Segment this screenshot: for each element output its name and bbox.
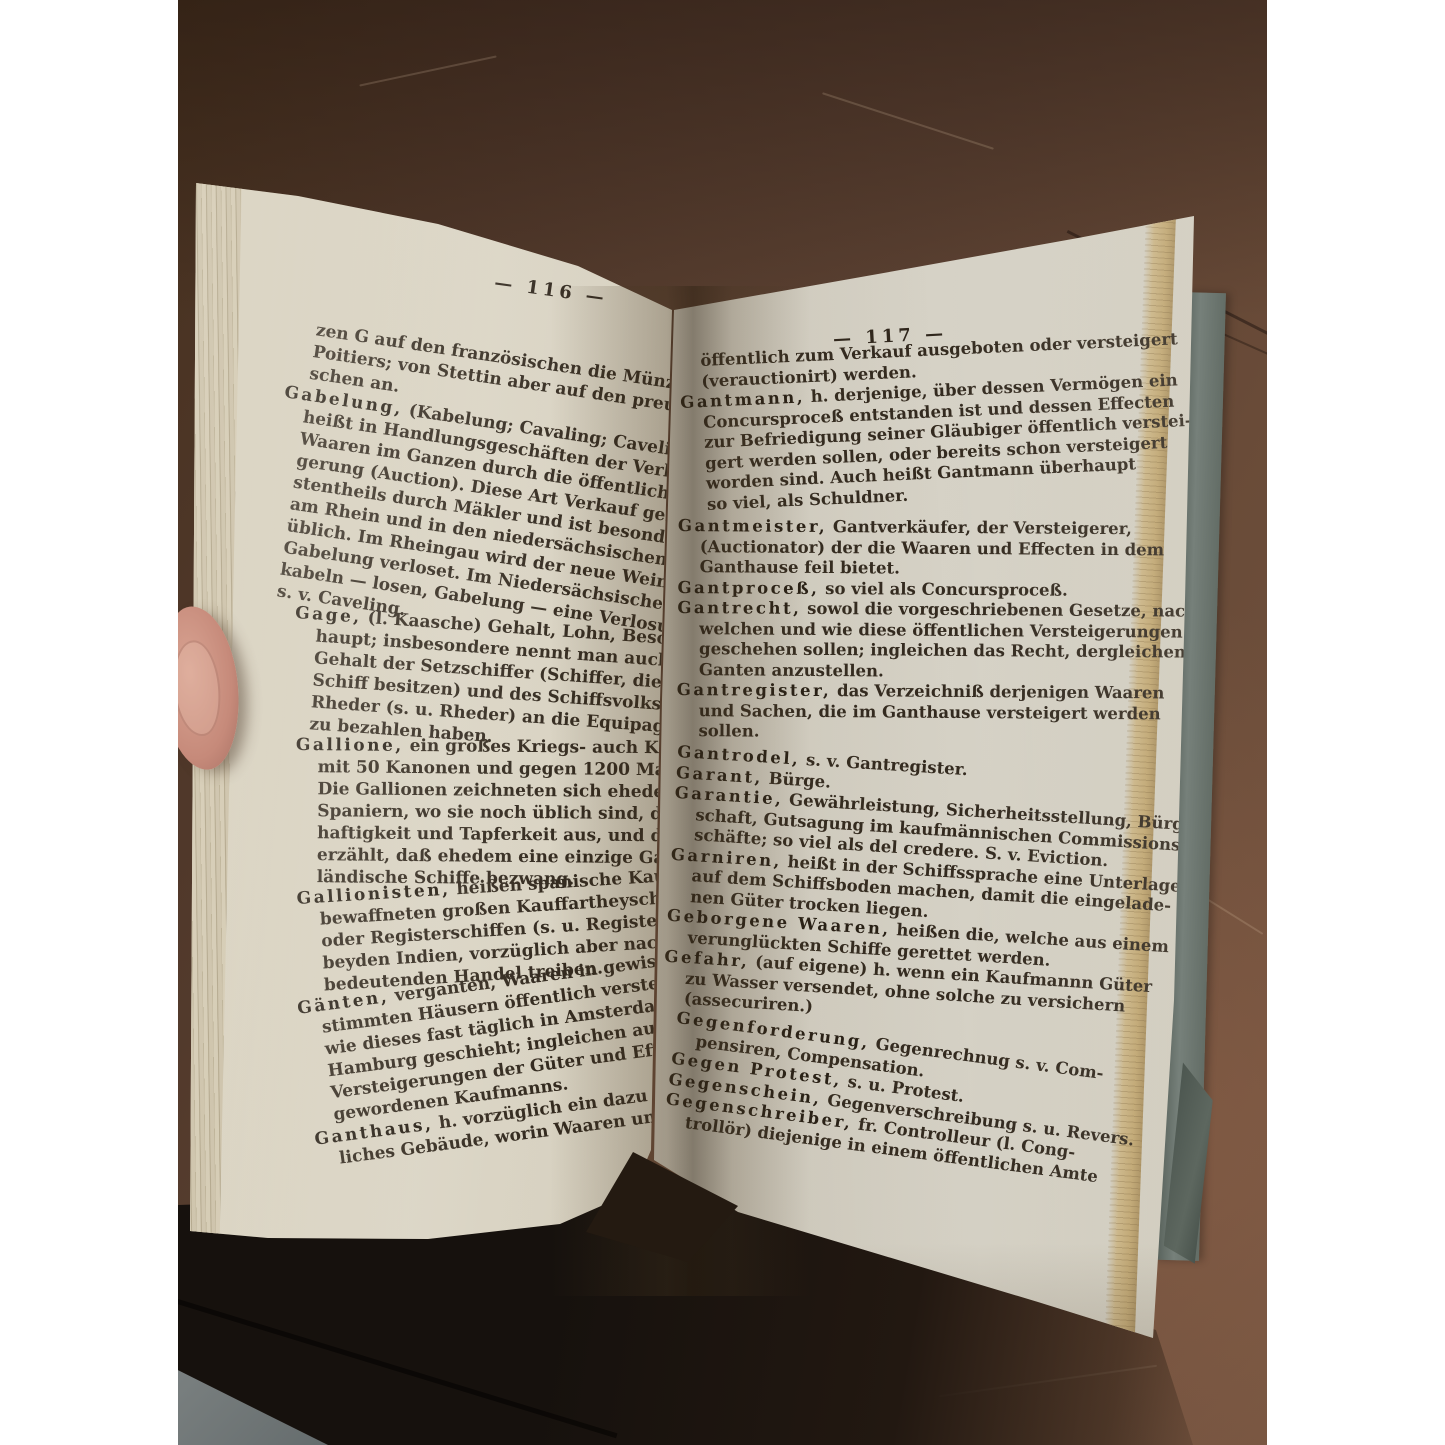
wood-table: — 117 — öffentlich zum Verkauf ausgebote… — [178, 0, 1267, 1445]
left-page-text: zen G auf den französischen die Münzstät… — [296, 316, 696, 1174]
white-bar-right — [1267, 0, 1445, 1445]
right-page-text: öffentlich zum Verkauf ausgeboten oder v… — [678, 352, 1223, 1131]
text-group: Gantrodel, s. v. Gantregister.Garant, Bü… — [661, 742, 1222, 1042]
photo-stage: — 117 — öffentlich zum Verkauf ausgebote… — [0, 0, 1445, 1445]
entry-headword: Gantproceß, — [677, 577, 819, 597]
entry-headword: Gage, — [295, 603, 363, 628]
wood-scratch — [822, 92, 994, 150]
entry-headword: Gantrecht, — [677, 598, 801, 618]
entry-headword: Gantmeister, — [678, 516, 827, 536]
wood-scratch — [359, 55, 496, 86]
entry-headword: Gallione, — [296, 735, 404, 756]
text-line: sollen. — [676, 721, 1221, 745]
page-number-116: — 116 — — [493, 272, 609, 309]
text-group: Gantmeister, Gantverkäufer, der Versteig… — [676, 516, 1223, 745]
entry-headword: Gantregister, — [677, 680, 832, 700]
white-bar-left — [0, 0, 178, 1445]
text-group: öffentlich zum Verkauf ausgeboten oder v… — [678, 327, 1230, 516]
thumb-nail — [178, 638, 224, 738]
